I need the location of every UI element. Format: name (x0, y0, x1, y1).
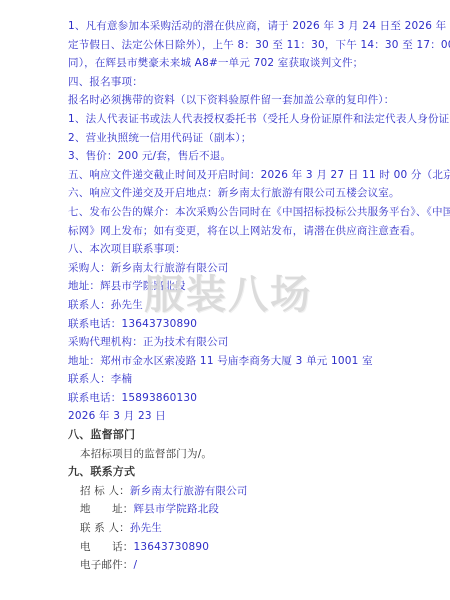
text-segment: 同），在辉县市樊豪未来城 A8#一单元 702 室获取谈判文件； (68, 57, 363, 69)
section-heading-contact-items: 八、本次项目联系事项： (0, 240, 450, 259)
tenderer-address-row: 地 址：辉县市学院路北段 (0, 500, 450, 519)
text-segment: 1、法人代表证书或法人代表授权委托书（受托人身份证原件和法定代表人身份证复印件）… (68, 113, 450, 125)
section-heading-registration: 四、报名事项： (0, 73, 450, 92)
para-obtain-docs-3: 同），在辉县市樊豪未来城 A8#一单元 702 室获取谈判文件； (0, 54, 450, 73)
text-segment: 2026 年 3 月 23 日 (68, 410, 166, 422)
text-segment: 联系人：李楠 (68, 373, 132, 385)
para-registration-materials: 报名时必须携带的资料（以下资料验原件留一套加盖公章的复印件）： (0, 91, 450, 110)
text-segment: 采购人：新乡南太行旅游有限公司 (68, 262, 229, 274)
text-segment: 五、响应文件递交截止时间及开启时间：2026 年 3 月 27 日 11 时 0… (68, 169, 450, 181)
para-registration-item-2: 2、营业执照统一信用代码证（副本）； (0, 129, 450, 148)
text-segment: 电 话： (80, 541, 134, 553)
text-segment: 招 标 人： (80, 485, 130, 497)
text-segment: 联系电话：13643730890 (68, 318, 197, 330)
announcement-date: 2026 年 3 月 23 日 (0, 407, 450, 426)
section-open-location: 六、响应文件递交及开启地点：新乡南太行旅游有限公司五楼会议室。 (0, 184, 450, 203)
para-obtain-docs-1: 1、凡有意参加本采购活动的潜在供应商，请于 2026 年 3 月 24 日至 2… (0, 17, 450, 36)
section-media-1: 七、发布公告的媒介：本次采购公告同时在《中国招标投标公共服务平台》、《中国采购与… (0, 203, 450, 222)
text-segment: 新乡南太行旅游有限公司 (130, 485, 248, 497)
text-segment: 联 系 人： (80, 522, 130, 534)
text-segment: 六、响应文件递交及开启地点：新乡南太行旅游有限公司五楼会议室。 (68, 187, 400, 199)
text-segment: 辉县市学院路北段 (134, 503, 220, 515)
purchaser-name: 采购人：新乡南太行旅游有限公司 (0, 259, 450, 278)
tenderer-phone-row: 电 话：13643730890 (0, 538, 450, 557)
text-segment: 七、发布公告的媒介：本次采购公告同时在《中国招标投标公共服务平台》、《中国采购与… (68, 206, 450, 218)
tenderer-contact-row: 联 系 人：孙先生 (0, 519, 450, 538)
document-page: 1、凡有意参加本采购活动的潜在供应商，请于 2026 年 3 月 24 日至 2… (0, 0, 450, 600)
text-segment: 标网》网上发布；如有变更，将在以上网站发布，请潜在供应商注意查看。 (68, 225, 421, 237)
para-registration-item-3: 3、售价：200 元/套，售后不退。 (0, 147, 450, 166)
text-segment: 联系电话：15893860130 (68, 392, 197, 404)
text-segment: 采购代理机构：正为技术有限公司 (68, 336, 229, 348)
text-segment: 电子邮件： (80, 559, 134, 571)
tenderer-row: 招 标 人：新乡南太行旅游有限公司 (0, 482, 450, 501)
text-segment: 3、售价：200 元/套，售后不退。 (68, 150, 231, 162)
text-segment: / (134, 559, 138, 571)
text-segment: 本招标项目的监督部门为/。 (80, 448, 212, 460)
text-segment: 四、报名事项： (68, 76, 143, 88)
section-media-2: 标网》网上发布；如有变更，将在以上网站发布，请潜在供应商注意查看。 (0, 222, 450, 241)
section-heading-supervision: 八、监督部门 (0, 426, 450, 445)
text-segment: 联系人：孙先生 (68, 299, 143, 311)
text-segment: 地址：郑州市金水区索凌路 11 号庙李商务大厦 3 单元 1001 室 (68, 355, 373, 367)
tenderer-email-row: 电子邮件：/ (0, 556, 450, 575)
agency-address: 地址：郑州市金水区索凌路 11 号庙李商务大厦 3 单元 1001 室 (0, 352, 450, 371)
agency-phone: 联系电话：15893860130 (0, 389, 450, 408)
purchaser-address: 地址：辉县市学院路北段 (0, 277, 450, 296)
text-segment: 1、凡有意参加本采购活动的潜在供应商，请于 2026 年 3 月 24 日至 2… (68, 20, 450, 32)
text-segment: 八、监督部门 (68, 428, 135, 441)
purchaser-phone: 联系电话：13643730890 (0, 315, 450, 334)
text-segment: 定节假日、法定公休日除外），上午 8：30 至 11：30，下午 14：30 至… (68, 39, 450, 51)
text-segment: 13643730890 (134, 541, 210, 553)
text-segment: 报名时必须携带的资料（以下资料验原件留一套加盖公章的复印件）： (68, 94, 394, 106)
supervision-body: 本招标项目的监督部门为/。 (0, 445, 450, 464)
text-segment: 地址：辉县市学院路北段 (68, 280, 186, 292)
agency-contact: 联系人：李楠 (0, 370, 450, 389)
section-heading-contact-info: 九、联系方式 (0, 463, 450, 482)
text-segment: 地 址： (80, 503, 134, 515)
document-lines: 1、凡有意参加本采购活动的潜在供应商，请于 2026 年 3 月 24 日至 2… (0, 17, 450, 575)
para-registration-item-1: 1、法人代表证书或法人代表授权委托书（受托人身份证原件和法定代表人身份证复印件）… (0, 110, 450, 129)
text-segment: 2、营业执照统一信用代码证（副本）； (68, 132, 252, 144)
text-segment: 孙先生 (130, 522, 162, 534)
agency-name: 采购代理机构：正为技术有限公司 (0, 333, 450, 352)
section-deadline: 五、响应文件递交截止时间及开启时间：2026 年 3 月 27 日 11 时 0… (0, 166, 450, 185)
text-segment: 八、本次项目联系事项： (68, 243, 186, 255)
para-obtain-docs-2: 定节假日、法定公休日除外），上午 8：30 至 11：30，下午 14：30 至… (0, 36, 450, 55)
purchaser-contact: 联系人：孙先生 (0, 296, 450, 315)
text-segment: 九、联系方式 (68, 465, 135, 478)
